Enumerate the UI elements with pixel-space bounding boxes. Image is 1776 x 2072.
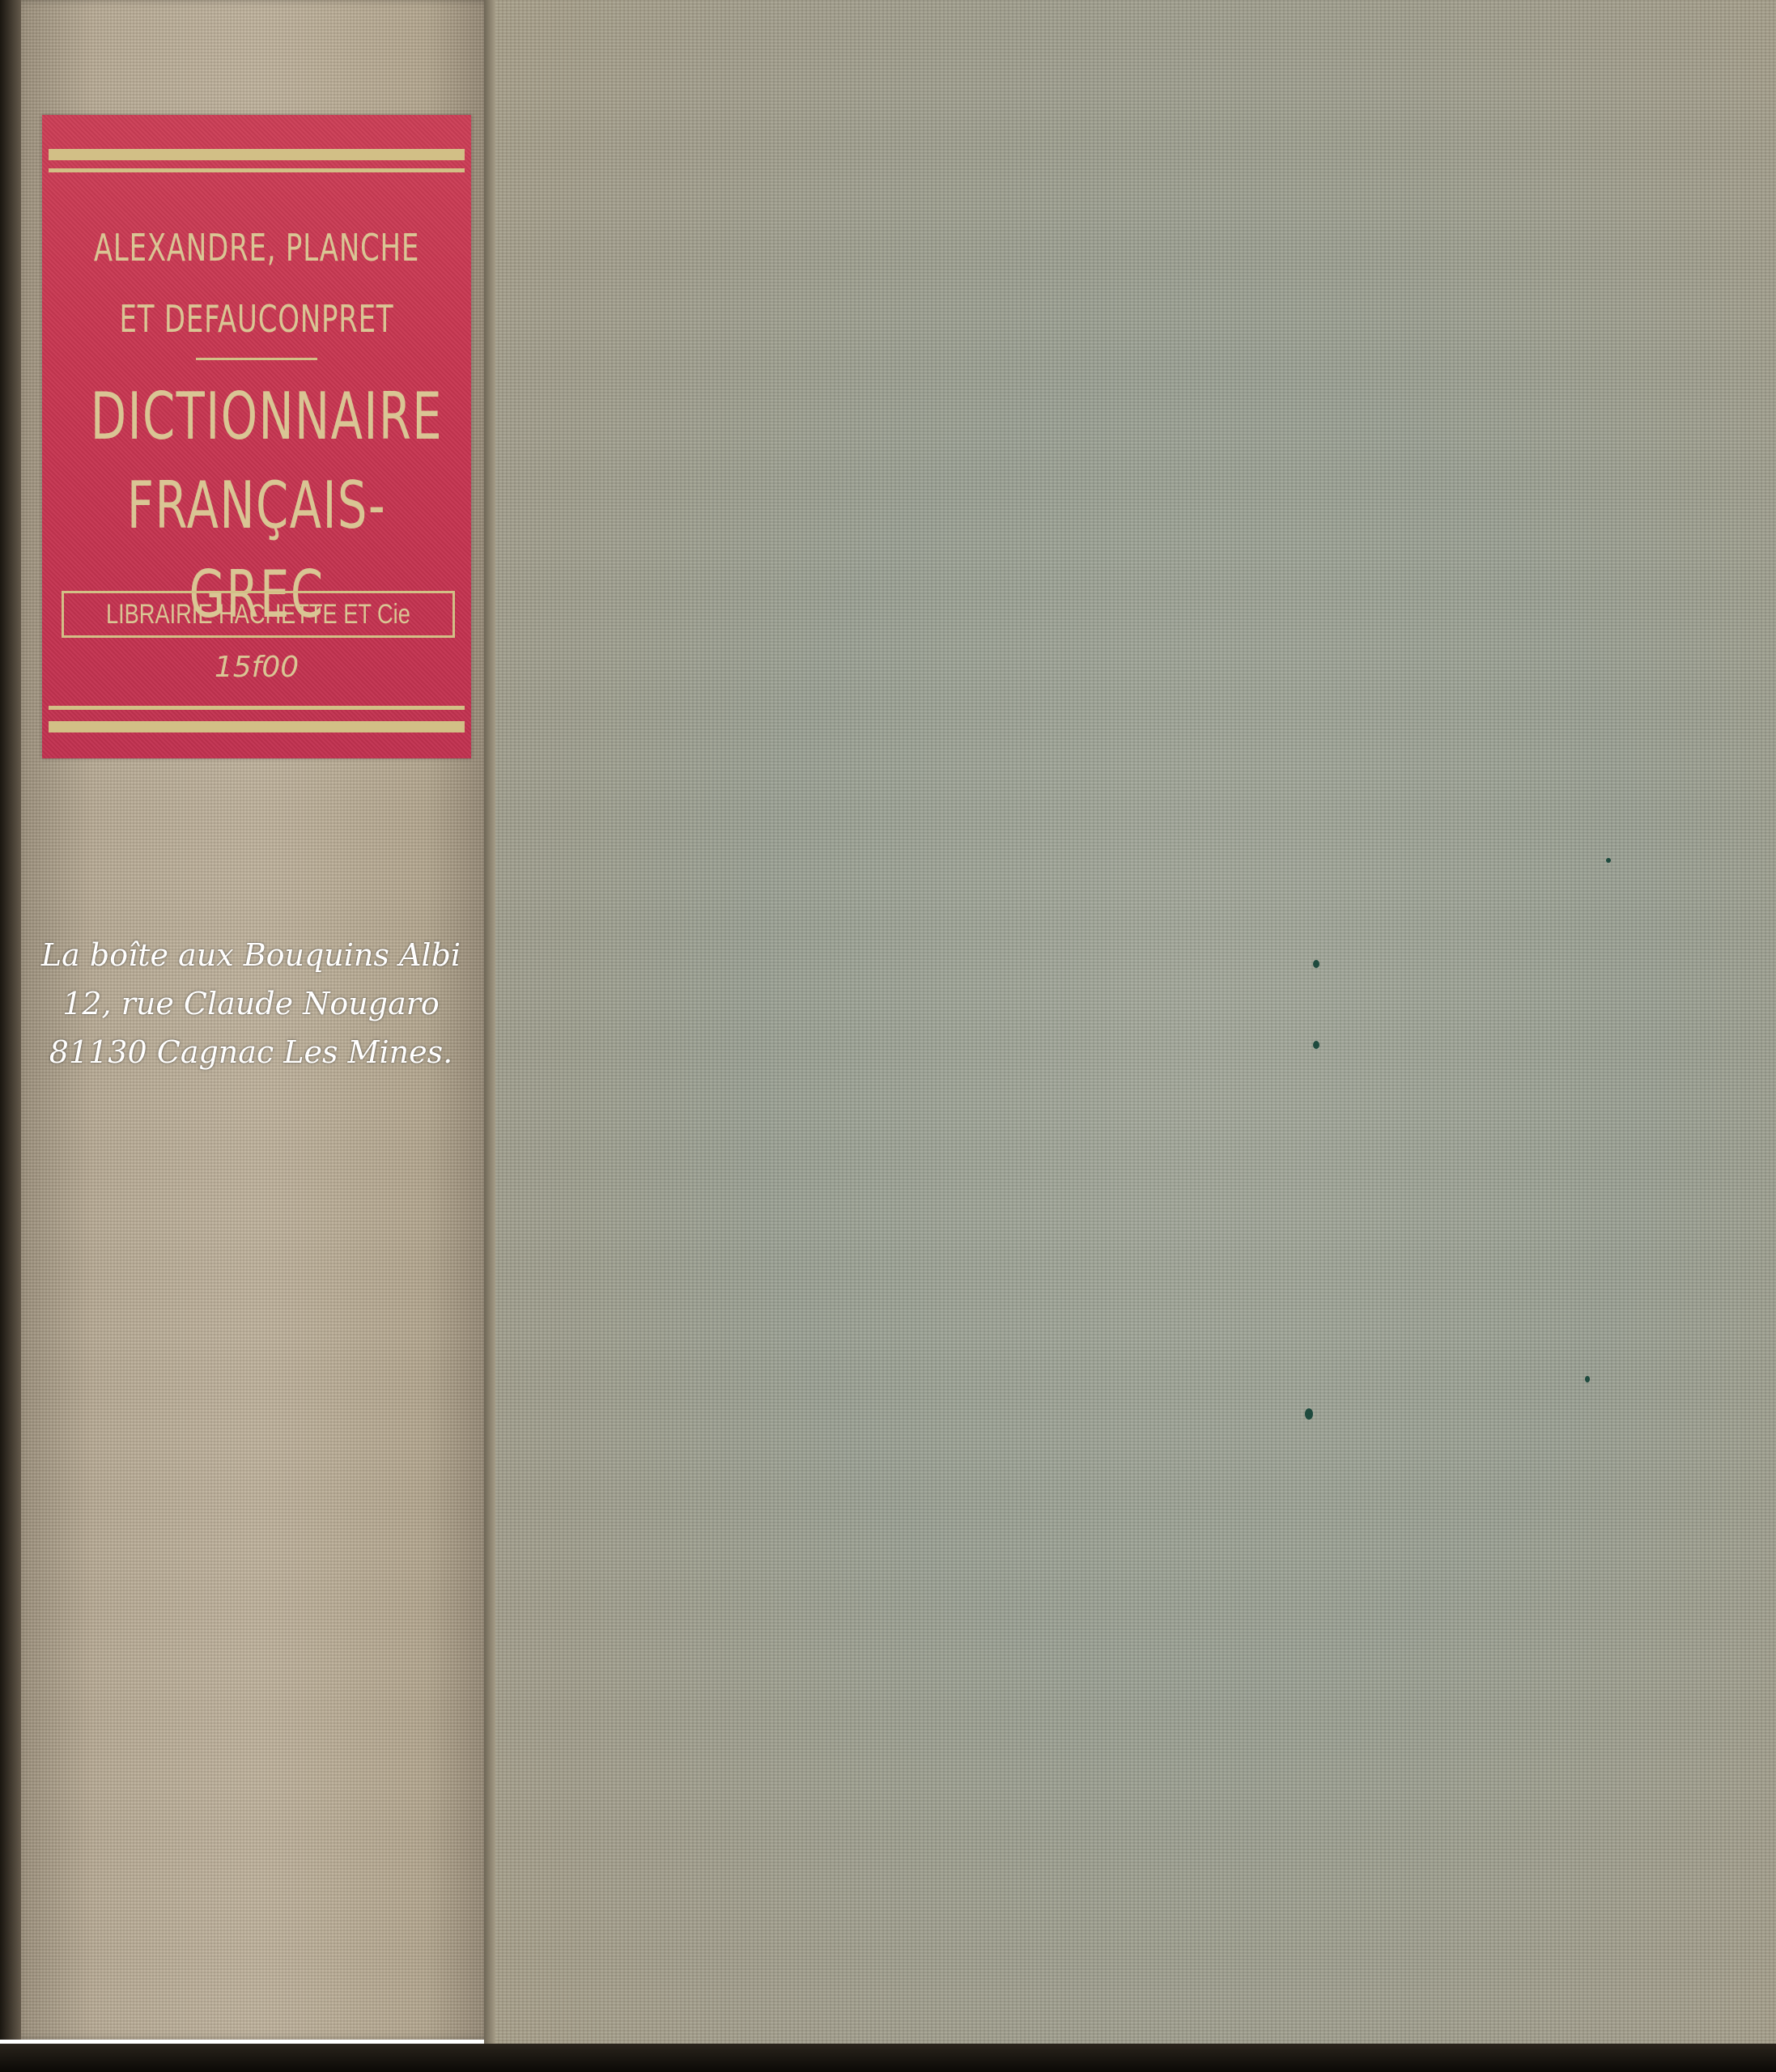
watermark-line-3: 81130 Cagnac Les Mines. <box>16 1028 486 1076</box>
book-photo: ALEXANDRE, PLANCHE ET DEFAUCONPRET DICTI… <box>0 0 1776 2072</box>
authors-line-1: ALEXANDRE, PLANCHE <box>81 212 433 283</box>
cloth-stain <box>1313 960 1319 968</box>
cloth-stain <box>1606 858 1611 863</box>
title-line-1: DICTIONNAIRE <box>91 372 423 461</box>
spine-title-label: ALEXANDRE, PLANCHE ET DEFAUCONPRET DICTI… <box>42 115 471 758</box>
publisher-box: LIBRAIRIE HACHETTE ET Cie <box>62 591 455 638</box>
front-cover <box>495 0 1776 2056</box>
seller-watermark: La boîte aux Bouquins Albi 12, rue Claud… <box>16 931 486 1076</box>
gilt-divider <box>196 358 317 360</box>
watermark-line-2: 12, rue Claude Nougaro <box>16 979 486 1028</box>
watermark-line-1: La boîte aux Bouquins Albi <box>16 931 486 979</box>
cloth-stain <box>1313 1041 1319 1049</box>
gilt-rule <box>49 706 465 710</box>
cloth-stain <box>1305 1408 1313 1420</box>
bottom-shadow-edge <box>0 2044 1776 2072</box>
publisher-name: LIBRAIRIE HACHETTE ET Cie <box>106 593 410 635</box>
gilt-rule <box>49 149 465 160</box>
price: 15f00 <box>42 651 471 684</box>
authors-line-2: ET DEFAUCONPRET <box>81 283 433 355</box>
gilt-rule <box>49 168 465 172</box>
cloth-stain <box>1585 1376 1590 1382</box>
gilt-rule <box>49 721 465 732</box>
authors: ALEXANDRE, PLANCHE ET DEFAUCONPRET <box>81 212 433 355</box>
